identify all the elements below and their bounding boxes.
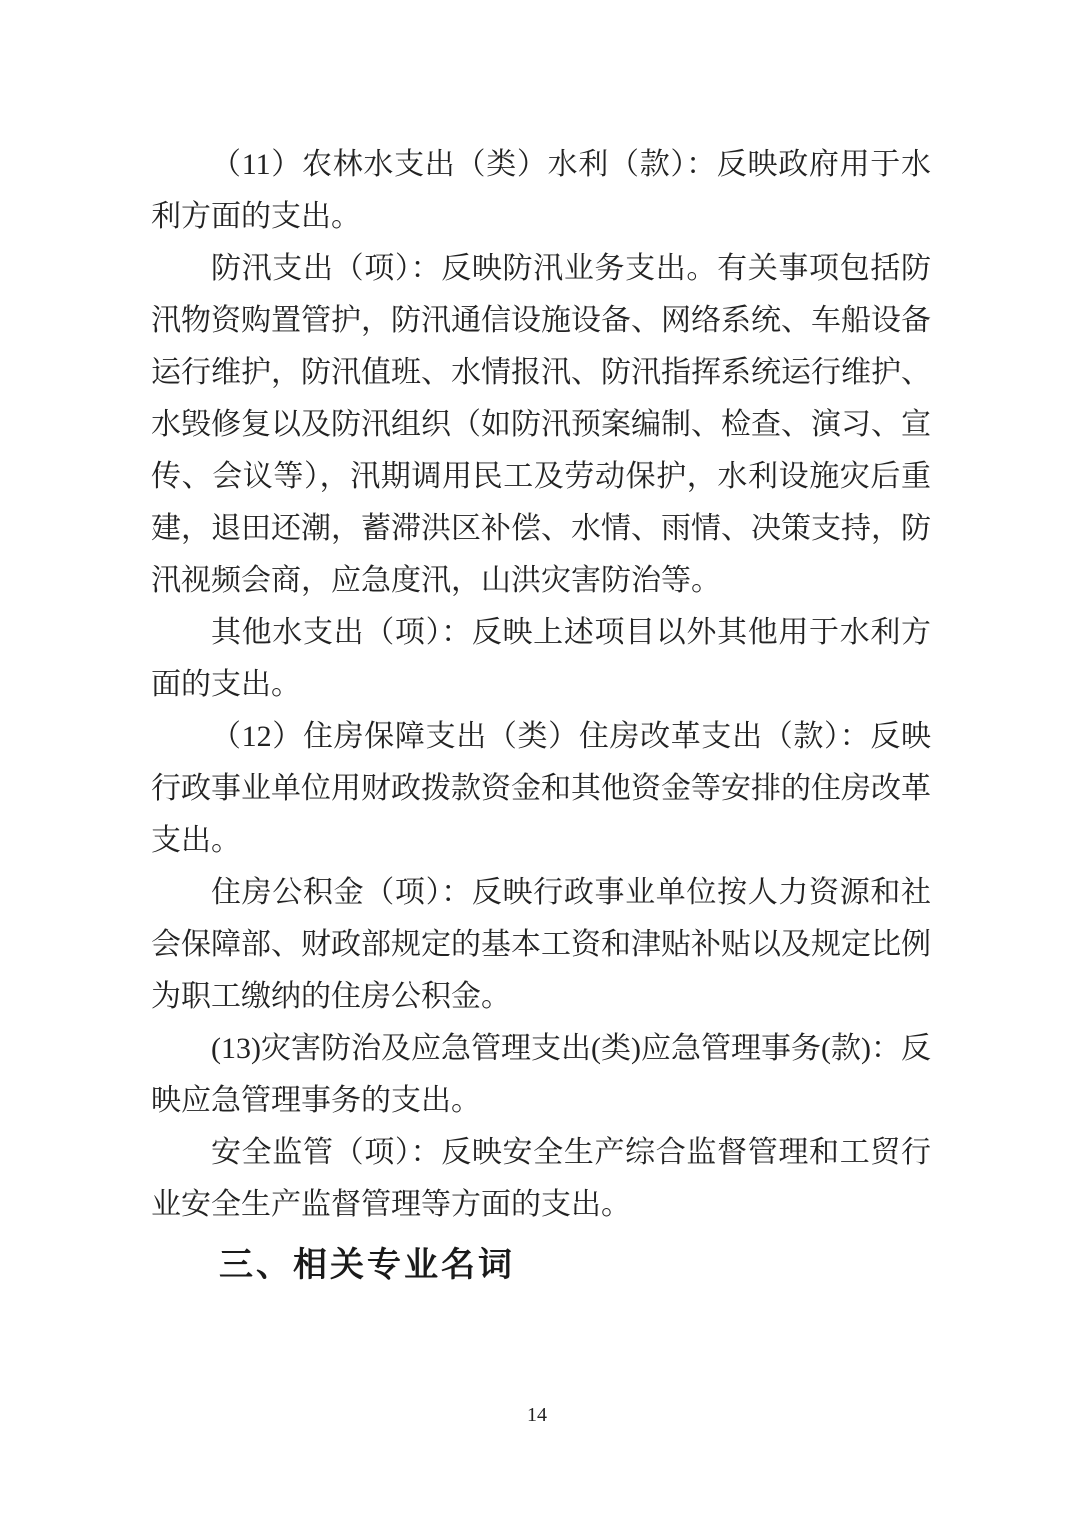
paragraph: (13)灾害防治及应急管理支出(类)应急管理事务(款)：反映应急管理事务的支出。 [151,1023,931,1127]
paragraph: 住房公积金（项）：反映行政事业单位按人力资源和社会保障部、财政部规定的基本工资和… [151,867,931,1023]
document-body: （11）农林水支出（类）水利（款）：反映政府用于水利方面的支出。 防汛支出（项）… [151,139,931,1291]
paragraph: 安全监管（项）：反映安全生产综合监督管理和工贸行业安全生产监督管理等方面的支出。 [151,1127,931,1231]
document-page: （11）农林水支出（类）水利（款）：反映政府用于水利方面的支出。 防汛支出（项）… [0,0,1074,1520]
paragraph: 其他水支出（项）：反映上述项目以外其他用于水利方面的支出。 [151,607,931,711]
page-number: 14 [0,1402,1074,1428]
paragraph: （11）农林水支出（类）水利（款）：反映政府用于水利方面的支出。 [151,139,931,243]
section-heading: 三、相关专业名词 [151,1239,931,1291]
paragraph: 防汛支出（项）：反映防汛业务支出。有关事项包括防汛物资购置管护，防汛通信设施设备… [151,243,931,607]
paragraph: （12）住房保障支出（类）住房改革支出（款）：反映行政事业单位用财政拨款资金和其… [151,711,931,867]
